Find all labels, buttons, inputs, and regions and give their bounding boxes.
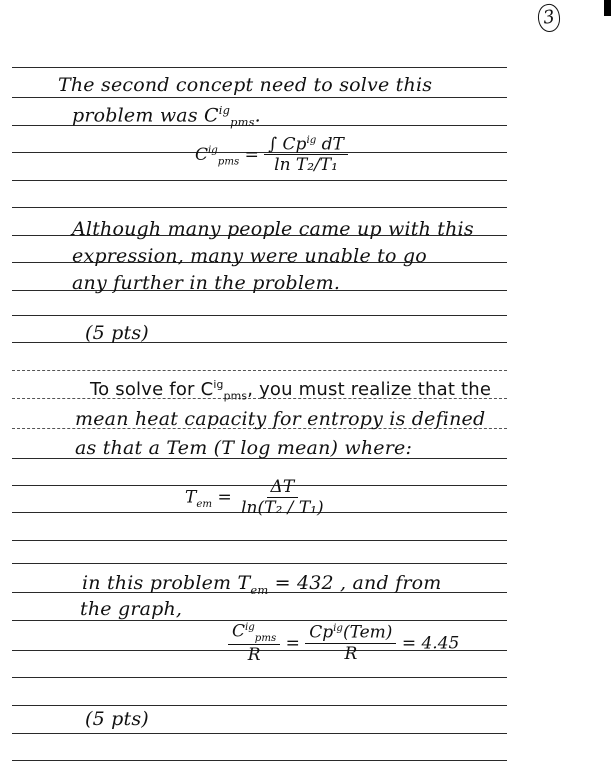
ruled-line xyxy=(12,705,507,706)
ruled-line xyxy=(12,540,507,541)
superscript: ig xyxy=(219,103,230,117)
points-note: (5 pts) xyxy=(85,708,149,730)
fraction: ΔT ln(T₂ / T₁) xyxy=(237,478,328,518)
subscript: em xyxy=(196,499,212,510)
handwritten-line: To solve for Cigpms, you must realize th… xyxy=(90,378,491,403)
eq-lhs: C xyxy=(195,145,208,165)
subscript: pms xyxy=(255,633,276,644)
text-fragment: Cp xyxy=(309,623,333,643)
ruled-line xyxy=(12,620,507,621)
text-fragment: . xyxy=(255,104,261,126)
handwritten-line: Although many people came up with this xyxy=(72,218,474,240)
superscript: ig xyxy=(306,135,316,146)
handwritten-line: any further in the problem. xyxy=(72,272,340,294)
points-note: (5 pts) xyxy=(85,322,149,344)
subscript: pms xyxy=(230,115,255,129)
denominator: ln(T₂ / T₁) xyxy=(237,498,328,518)
handwritten-line: in this problem Tem = 432 , and from xyxy=(82,572,441,597)
text-fragment: dT xyxy=(316,135,344,155)
denominator: R xyxy=(340,644,361,664)
text-fragment: ∫ Cp xyxy=(268,135,306,155)
ruled-line xyxy=(12,207,507,208)
denominator: ln T₂/T₁ xyxy=(270,155,342,175)
ruled-line xyxy=(12,315,507,316)
equals-sign: = xyxy=(286,633,300,653)
subscript: em xyxy=(250,583,268,597)
text-fragment: (Tem) xyxy=(343,623,392,643)
eq-lhs: T xyxy=(185,488,196,508)
ruled-line xyxy=(12,733,507,734)
superscript: ig xyxy=(213,378,223,391)
handwritten-line: expression, many were unable to go xyxy=(72,245,427,267)
subscript: pms xyxy=(224,390,248,403)
fraction: Cigpms R xyxy=(228,622,280,666)
numerator: Cpig(Tem) xyxy=(305,623,396,643)
text-fragment: , you must realize that the xyxy=(247,379,491,400)
fraction: ∫ Cpig dT ln T₂/T₁ xyxy=(264,135,348,176)
page-number-circled: 3 xyxy=(536,3,562,34)
denominator: R xyxy=(244,645,265,665)
numerator: ∫ Cpig dT xyxy=(264,135,348,155)
ruled-line xyxy=(12,97,507,98)
ruled-line xyxy=(12,67,507,68)
equals-sign: = xyxy=(402,633,416,653)
text-fragment: = 432 , and from xyxy=(268,572,441,594)
text-fragment: To solve for C xyxy=(90,379,213,400)
equals-sign: = xyxy=(217,488,231,508)
scanned-page: 3 The second concept need to solve this … xyxy=(0,0,611,780)
numerator: Cigpms xyxy=(228,622,280,645)
numerator: ΔT xyxy=(267,478,299,498)
handwritten-line: mean heat capacity for entropy is define… xyxy=(75,408,485,430)
superscript: ig xyxy=(208,145,218,156)
equation-cp-result: Cigpms R = Cpig(Tem) R = 4.45 xyxy=(228,622,459,666)
handwritten-line: the graph, xyxy=(80,598,182,620)
equation-log-mean-temperature: Tem = ΔT ln(T₂ / T₁) xyxy=(185,478,328,518)
superscript: ig xyxy=(333,623,343,634)
text-fragment: in this problem T xyxy=(82,572,250,594)
fraction: Cpig(Tem) R xyxy=(305,623,396,664)
ruled-line xyxy=(12,760,507,761)
ruled-line xyxy=(12,677,507,678)
handwritten-line: The second concept need to solve this xyxy=(58,74,432,96)
equation-cp-mean-entropy: Cigpms = ∫ Cpig dT ln T₂/T₁ xyxy=(195,135,348,176)
handwritten-line: as that a Tem (T log mean) where: xyxy=(75,437,412,459)
result-value: 4.45 xyxy=(421,633,459,653)
scan-edge-mark xyxy=(604,0,611,16)
handwritten-line: problem was Cigpms. xyxy=(72,103,261,129)
ruled-line xyxy=(12,180,507,181)
equals-sign: = xyxy=(245,145,259,165)
subscript: pms xyxy=(218,156,239,167)
text-fragment: C xyxy=(232,622,245,642)
ruled-line xyxy=(12,370,507,371)
text-fragment: problem was C xyxy=(72,104,219,126)
ruled-line xyxy=(12,563,507,564)
superscript: ig xyxy=(245,622,255,633)
